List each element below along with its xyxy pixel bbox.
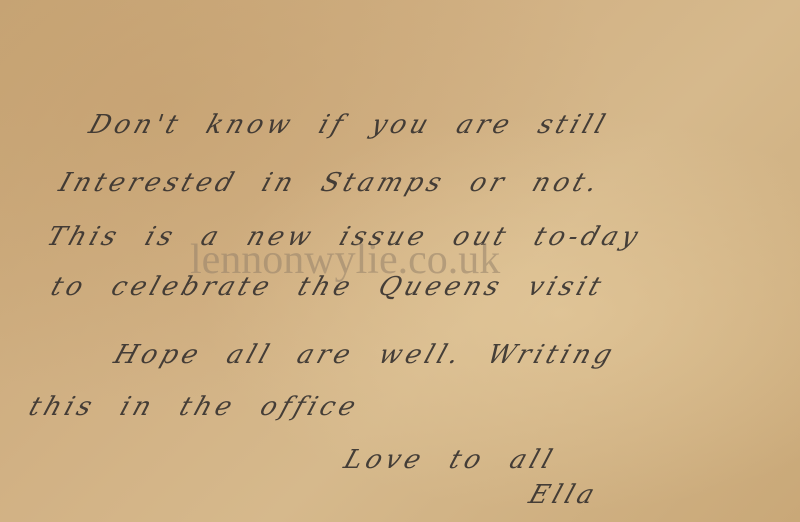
signature: Ella [525,480,602,510]
handwritten-line: Hope all are well. Writing [110,340,620,370]
handwritten-line: this in the office [25,392,363,422]
handwritten-line: Don't know if you are still [85,110,612,140]
watermark: lennonwylie.co.uk [190,236,500,284]
closing-line: Love to all [340,445,560,475]
handwritten-line: Interested in Stamps or not. [55,168,605,198]
postcard-back: Don't know if you are still Interested i… [0,0,800,522]
